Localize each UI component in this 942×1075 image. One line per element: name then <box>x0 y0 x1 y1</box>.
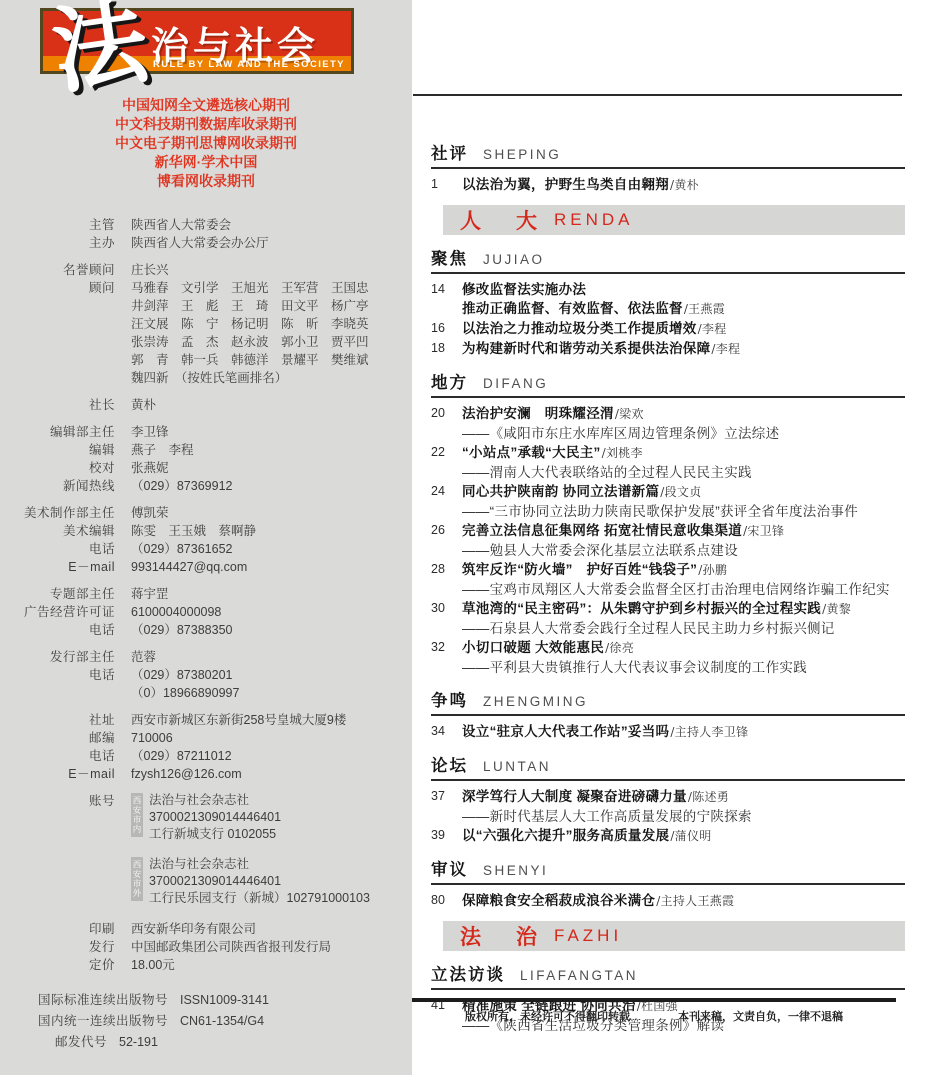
masthead-label: 主办 <box>0 234 115 252</box>
section-title-pinyin: ZHENGMING <box>483 694 588 709</box>
toc-item-author: /徐亮 <box>605 641 634 655</box>
accreditation-line: 新华网·学术中国 <box>0 153 412 172</box>
toc-item-line: ——渭南人大代表联络站的全过程人民民主实践 <box>431 463 905 482</box>
masthead-label: 发行部主任 <box>0 648 115 666</box>
toc-item-line: 18为构建新时代和谐劳动关系提供法治保障/李程 <box>431 339 905 359</box>
section-title-pinyin: SHEPING <box>483 147 561 162</box>
toc-item-title: ——新时代基层人大工作高质量发展的宁陕探索 <box>462 807 752 826</box>
masthead-row: 校对张燕妮 <box>0 459 412 477</box>
masthead-label: 顾问 <box>0 279 115 297</box>
masthead-value: 张崇涛 孟 杰 赵永波 郭小卫 贾平凹 <box>131 333 412 351</box>
masthead-row: 社址西安市新城区东新街258号皇城大厦9楼 <box>0 711 412 729</box>
toc-item-author: /黄黎 <box>822 602 851 616</box>
toc-section-header: 地方DIFANG <box>431 369 905 398</box>
toc-item-title: 为构建新时代和谐劳动关系提供法治保障/李程 <box>462 339 740 359</box>
masthead-label <box>0 351 115 369</box>
toc-section-header: 争鸣ZHENGMING <box>431 687 905 716</box>
masthead-info: 主管陕西省人大常委会主办陕西省人大常委会办公厅名誉顾问庄长兴顾问马雅春 文引学 … <box>0 216 412 974</box>
toc-item-page: 28 <box>431 560 462 580</box>
toc-item-page: 34 <box>431 722 462 742</box>
toc-item-line: ——宝鸡市凤翔区人大常委会监督全区打击治理电信网络诈骗工作纪实 <box>431 580 905 599</box>
band-title-cn: 法 治 <box>460 921 544 951</box>
section-title-pinyin: LIFAFANGTAN <box>520 968 638 983</box>
band-title-pinyin: FAZHI <box>554 926 622 946</box>
spacer <box>0 252 412 261</box>
masthead-label: 专题部主任 <box>0 585 115 603</box>
toc-item-title: ——《咸阳市东庄水库库区周边管理条例》立法综述 <box>462 424 779 443</box>
toc-item-line: 80保障粮食安全稻菽成浪谷米满仓/主持人王燕霞 <box>431 891 905 911</box>
spacer <box>0 576 412 585</box>
masthead-label: 账号 <box>0 792 115 810</box>
toc-item-title: ——宝鸡市凤翔区人大常委会监督全区打击治理电信网络诈骗工作纪实 <box>462 580 890 599</box>
masthead-row: 电话（029）87211012 <box>0 747 412 765</box>
masthead-label: 主管 <box>0 216 115 234</box>
masthead-label: 社址 <box>0 711 115 729</box>
masthead-label: 电话 <box>0 666 115 684</box>
masthead-value: 范蓉 <box>131 648 412 666</box>
bank-lines: 法治与社会杂志社3700021309014446401工行民乐园支行（新城）10… <box>149 856 370 907</box>
masthead-label: E－mail <box>0 765 115 783</box>
toc-item-line: 32小切口破题 大效能惠民/徐亮 <box>431 638 905 658</box>
masthead-value: 井剑萍 王 彪 王 琦 田文平 杨广亭 <box>131 297 412 315</box>
masthead-label <box>0 684 115 702</box>
toc-item-title: 筑牢反诈“防火墙” 护好百姓“钱袋子”/孙鹏 <box>462 560 727 580</box>
masthead-row: 编辑部主任李卫锋 <box>0 423 412 441</box>
masthead-label: 电话 <box>0 747 115 765</box>
issn-label: 国际标准连续出版物号 <box>0 990 168 1011</box>
toc-item-line: ——石泉县人大常委会践行全过程人民民主助力乡村振兴侧记 <box>431 619 905 638</box>
masthead-row: 电话（029）87361652 <box>0 540 412 558</box>
masthead-value: 庄长兴 <box>131 261 412 279</box>
masthead-label: 广告经营许可证 <box>0 603 115 621</box>
masthead-value: 18.00元 <box>131 956 412 974</box>
masthead-row: 专题部主任蒋宇罡 <box>0 585 412 603</box>
bank-account-block: 账号西安市内法治与社会杂志社3700021309014446401工行新城支行 … <box>0 792 412 920</box>
toc-item-author: /段文贞 <box>660 485 701 499</box>
toc-item-title: 保障粮食安全稻菽成浪谷米满仓/主持人王燕霞 <box>462 891 734 911</box>
toc-item-line: 39以“六强化六提升”服务高质量发展/蒲仪明 <box>431 826 905 846</box>
masthead-value: （029）87369912 <box>131 477 412 495</box>
masthead-value: 蒋宇罡 <box>131 585 412 603</box>
toc-item-line: 推动正确监督、有效监督、依法监督/王燕霞 <box>431 299 905 319</box>
toc-section-header: 审议SHENYI <box>431 856 905 885</box>
issn-block: 国际标准连续出版物号ISSN1009-3141国内统一连续出版物号CN61-13… <box>0 990 412 1053</box>
toc-item-line: 28筑牢反诈“防火墙” 护好百姓“钱袋子”/孙鹏 <box>431 560 905 580</box>
masthead-label <box>0 315 115 333</box>
bank-accounts: 西安市内法治与社会杂志社3700021309014446401工行新城支行 01… <box>131 792 412 920</box>
masthead-label: 编辑 <box>0 441 115 459</box>
toc-item-page: 37 <box>431 787 462 807</box>
toc-item-line: ——勉县人大常委会深化基层立法联系点建设 <box>431 541 905 560</box>
table-of-contents: 社评SHEPING1以法治为翼，护野生鸟类自由翱翔/黄朴人 大RENDA聚焦JU… <box>431 136 905 1035</box>
toc-item-author: /主持人李卫锋 <box>670 725 748 739</box>
toc-section-header: 聚焦JUJIAO <box>431 245 905 274</box>
masthead-row: 美术制作部主任傅凯荣 <box>0 504 412 522</box>
masthead-value: 陕西省人大常委会办公厅 <box>131 234 412 252</box>
issn-row: 国际标准连续出版物号ISSN1009-3141 <box>0 990 412 1011</box>
toc-item-title: 设立“驻京人大代表工作站”妥当吗/主持人李卫锋 <box>462 722 748 742</box>
masthead-row: 电话（029）87380201 <box>0 666 412 684</box>
toc-item-page <box>431 424 462 443</box>
toc-item-title: 法治护安澜 明珠耀泾渭/梁欢 <box>462 404 644 424</box>
masthead-row: E－mailfzysh126@126.com <box>0 765 412 783</box>
bank-line: 法治与社会杂志社 <box>149 792 281 809</box>
toc-item-title: 以法治为翼，护野生鸟类自由翱翔/黄朴 <box>462 175 699 195</box>
section-title-cn: 立法访谈 <box>431 961 505 985</box>
masthead-value: 傅凯荣 <box>131 504 412 522</box>
toc-item-page <box>431 463 462 482</box>
toc-item-title: 深学笃行人大制度 凝聚奋进磅礴力量/陈述勇 <box>462 787 729 807</box>
logo-tagline: RULE BY LAW AND THE SOCIETY <box>153 59 345 70</box>
masthead-label: 美术制作部主任 <box>0 504 115 522</box>
issn-row: 国内统一连续出版物号CN61-1354/G4 <box>0 1011 412 1032</box>
section-title-cn: 争鸣 <box>431 687 468 711</box>
masthead-row: 社长黄朴 <box>0 396 412 414</box>
top-rule <box>413 94 902 96</box>
section-band: 人 大RENDA <box>443 205 905 235</box>
masthead-label <box>0 297 115 315</box>
toc-item-page: 32 <box>431 638 462 658</box>
accreditation-line: 中文科技期刊数据库收录期刊 <box>0 115 412 134</box>
issn-label: 邮发代号 <box>0 1032 107 1053</box>
masthead-label: 美术编辑 <box>0 522 115 540</box>
issn-value: 52-191 <box>119 1032 412 1053</box>
toc-item-author: /孙鹏 <box>698 563 727 577</box>
accreditation-list: 中国知网全文遴选核心期刊中文科技期刊数据库收录期刊中文电子期刊思博网收录期刊新华… <box>0 96 412 191</box>
toc-item-title: 修改监督法实施办法 <box>462 280 586 299</box>
toc-item-page <box>431 658 462 677</box>
toc-item-author: /李程 <box>698 322 727 336</box>
toc-item-line: 1以法治为翼，护野生鸟类自由翱翔/黄朴 <box>431 175 905 195</box>
masthead-row: 汪文展 陈 宁 杨记明 陈 昕 李晓英 <box>0 315 412 333</box>
masthead-label: 发行 <box>0 938 115 956</box>
masthead-value: 燕子 李程 <box>131 441 412 459</box>
masthead-label: 社长 <box>0 396 115 414</box>
toc-item-page: 30 <box>431 599 462 619</box>
masthead-value: （029）87211012 <box>131 747 412 765</box>
issn-row: 邮发代号52-191 <box>0 1032 412 1053</box>
toc-item-title: ——石泉县人大常委会践行全过程人民民主助力乡村振兴侧记 <box>462 619 835 638</box>
accreditation-line: 中文电子期刊思博网收录期刊 <box>0 134 412 153</box>
masthead-row: 印刷西安新华印务有限公司 <box>0 920 412 938</box>
masthead-label: 新闻热线 <box>0 477 115 495</box>
toc-item-page <box>431 619 462 638</box>
toc-item-author: /蒲仪明 <box>670 829 711 843</box>
copyright-notice: 版权所有，未经许可不得翻印转载 <box>465 1008 630 1024</box>
issn-value: ISSN1009-3141 <box>180 990 412 1011</box>
logo-brush-character: 法 <box>46 0 153 103</box>
toc-item-line: 20法治护安澜 明珠耀泾渭/梁欢 <box>431 404 905 424</box>
band-title-cn: 人 大 <box>460 205 544 235</box>
masthead-row: 郭 青 韩一兵 韩德洋 景耀平 樊维斌 <box>0 351 412 369</box>
toc-item-title: 草池湾的“民主密码”：从朱鹮守护到乡村振兴的全过程实践/黄黎 <box>462 599 851 619</box>
toc-item-page: 1 <box>431 175 462 195</box>
toc-item-author: /陈述勇 <box>688 790 729 804</box>
toc-item-page: 80 <box>431 891 462 911</box>
masthead-row: 编辑燕子 李程 <box>0 441 412 459</box>
section-title-pinyin: DIFANG <box>483 376 548 391</box>
bank-account: 西安市内法治与社会杂志社3700021309014446401工行新城支行 01… <box>131 792 412 843</box>
toc-item-title: 以法治之力推动垃圾分类工作提质增效/李程 <box>462 319 727 339</box>
toc-item-author: /李程 <box>711 342 740 356</box>
toc-section-header: 论坛LUNTAN <box>431 752 905 781</box>
masthead-row: 发行部主任范蓉 <box>0 648 412 666</box>
masthead-row: 定价18.00元 <box>0 956 412 974</box>
bank-account: 西安市外法治与社会杂志社3700021309014446401工行民乐园支行（新… <box>131 856 412 907</box>
masthead-value: 郭 青 韩一兵 韩德洋 景耀平 樊维斌 <box>131 351 412 369</box>
masthead-row: 魏四新 （按姓氏笔画排名） <box>0 369 412 387</box>
toc-item-page: 16 <box>431 319 462 339</box>
section-title-cn: 审议 <box>431 856 468 880</box>
masthead-value: 710006 <box>131 729 412 747</box>
toc-item-line: 34设立“驻京人大代表工作站”妥当吗/主持人李卫锋 <box>431 722 905 742</box>
toc-item-author: /宋卫锋 <box>743 524 784 538</box>
masthead-row: 美术编辑陈雯 王玉娥 蔡啊静 <box>0 522 412 540</box>
masthead-value: （029）87388350 <box>131 621 412 639</box>
toc-item-author: /王燕霞 <box>684 302 725 316</box>
spacer <box>0 414 412 423</box>
bank-line: 法治与社会杂志社 <box>149 856 370 873</box>
masthead-row: 主办陕西省人大常委会办公厅 <box>0 234 412 252</box>
toc-item-title: 完善立法信息征集网络 拓宽社情民意收集渠道/宋卫锋 <box>462 521 784 541</box>
bank-line: 工行新城支行 0102055 <box>149 826 281 843</box>
masthead-value: 魏四新 （按姓氏笔画排名） <box>131 369 412 387</box>
toc-item-line: 16以法治之力推动垃圾分类工作提质增效/李程 <box>431 319 905 339</box>
toc-item-author: /主持人王燕霞 <box>656 894 734 908</box>
toc-item-line: 26完善立法信息征集网络 拓宽社情民意收集渠道/宋卫锋 <box>431 521 905 541</box>
toc-item-page: 20 <box>431 404 462 424</box>
toc-item-line: ——“三市协同立法助力陕南民歌保护发展”获评全省年度法治事件 <box>431 502 905 521</box>
toc-item-page: 18 <box>431 339 462 359</box>
toc-item-page <box>431 580 462 599</box>
toc-item-title: ——勉县人大常委会深化基层立法联系点建设 <box>462 541 738 560</box>
masthead-label: E－mail <box>0 558 115 576</box>
toc-item-page: 22 <box>431 443 462 463</box>
bank-lines: 法治与社会杂志社3700021309014446401工行新城支行 010205… <box>149 792 281 843</box>
spacer <box>0 702 412 711</box>
toc-item-title: ——“三市协同立法助力陕南民歌保护发展”获评全省年度法治事件 <box>462 502 858 521</box>
toc-section-header: 立法访谈LIFAFANGTAN <box>431 961 905 990</box>
magazine-logo: 治与社会 RULE BY LAW AND THE SOCIETY 法 <box>40 8 354 74</box>
masthead-label: 编辑部主任 <box>0 423 115 441</box>
masthead-row: 电话（029）87388350 <box>0 621 412 639</box>
masthead-value: 李卫锋 <box>131 423 412 441</box>
bank-region-tag: 西安市外 <box>131 857 143 901</box>
masthead-label: 名誉顾问 <box>0 261 115 279</box>
section-band: 法 治FAZHI <box>443 921 905 951</box>
masthead-panel: 治与社会 RULE BY LAW AND THE SOCIETY 法 中国知网全… <box>0 0 412 1075</box>
masthead-value: 黄朴 <box>131 396 412 414</box>
bottom-rule <box>412 998 896 1002</box>
section-title-cn: 地方 <box>431 369 468 393</box>
masthead-value: （029）87380201 <box>131 666 412 684</box>
spacer <box>0 387 412 396</box>
toc-item-page <box>431 807 462 826</box>
toc-item-title: 推动正确监督、有效监督、依法监督/王燕霞 <box>462 299 725 319</box>
toc-item-line: 14修改监督法实施办法 <box>431 280 905 299</box>
masthead-value: （0）18966890997 <box>131 684 412 702</box>
toc-item-author: /黄朴 <box>670 178 699 192</box>
staff-rows: 主管陕西省人大常委会主办陕西省人大常委会办公厅名誉顾问庄长兴顾问马雅春 文引学 … <box>0 216 412 792</box>
toc-item-page: 24 <box>431 482 462 502</box>
bank-accounts-row: 账号西安市内法治与社会杂志社3700021309014446401工行新城支行 … <box>0 792 412 920</box>
masthead-row: 名誉顾问庄长兴 <box>0 261 412 279</box>
toc-item-page <box>431 502 462 521</box>
toc-panel: 社评SHEPING1以法治为翼，护野生鸟类自由翱翔/黄朴人 大RENDA聚焦JU… <box>412 0 942 1075</box>
masthead-row: （0）18966890997 <box>0 684 412 702</box>
masthead-label <box>0 333 115 351</box>
masthead-value: 张燕妮 <box>131 459 412 477</box>
footer-notices: 版权所有，未经许可不得翻印转载 本刊来稿，文责自负，一律不退稿 <box>465 1008 843 1024</box>
section-title-cn: 论坛 <box>431 752 468 776</box>
issn-label: 国内统一连续出版物号 <box>0 1011 168 1032</box>
masthead-row: 新闻热线（029）87369912 <box>0 477 412 495</box>
accreditation-line: 博看网收录期刊 <box>0 172 412 191</box>
toc-item-line: 22“小站点”承载“大民主”/刘桃李 <box>431 443 905 463</box>
issn-value: CN61-1354/G4 <box>180 1011 412 1032</box>
masthead-value: 6100004000098 <box>131 603 412 621</box>
spacer <box>0 639 412 648</box>
masthead-label: 电话 <box>0 621 115 639</box>
masthead-row: 发行中国邮政集团公司陕西省报刊发行局 <box>0 938 412 956</box>
toc-item-line: 24同心共护陕南韵 协同立法谱新篇/段文贞 <box>431 482 905 502</box>
publishing-rows: 印刷西安新华印务有限公司发行中国邮政集团公司陕西省报刊发行局定价18.00元 <box>0 920 412 974</box>
masthead-value: fzysh126@126.com <box>131 765 412 783</box>
toc-item-line: ——《咸阳市东庄水库库区周边管理条例》立法综述 <box>431 424 905 443</box>
toc-item-line: 37深学笃行人大制度 凝聚奋进磅礴力量/陈述勇 <box>431 787 905 807</box>
masthead-value: 中国邮政集团公司陕西省报刊发行局 <box>131 938 412 956</box>
masthead-value: 陕西省人大常委会 <box>131 216 412 234</box>
section-title-pinyin: SHENYI <box>483 863 548 878</box>
masthead-row: 邮编710006 <box>0 729 412 747</box>
toc-item-page <box>431 1016 462 1035</box>
section-title-pinyin: JUJIAO <box>483 252 545 267</box>
bank-line: 3700021309014446401 <box>149 873 370 890</box>
toc-item-title: ——渭南人大代表联络站的全过程人民民主实践 <box>462 463 752 482</box>
toc-item-page <box>431 541 462 560</box>
masthead-label: 邮编 <box>0 729 115 747</box>
masthead-value: 汪文展 陈 宁 杨记明 陈 昕 李晓英 <box>131 315 412 333</box>
toc-item-page: 14 <box>431 280 462 299</box>
masthead-label: 定价 <box>0 956 115 974</box>
bank-line: 3700021309014446401 <box>149 809 281 826</box>
bank-line: 工行民乐园支行（新城）102791000103 <box>149 890 370 907</box>
toc-item-line: ——平利县大贵镇推行人大代表议事会议制度的工作实践 <box>431 658 905 677</box>
masthead-row: 广告经营许可证6100004000098 <box>0 603 412 621</box>
masthead-value: 西安市新城区东新街258号皇城大厦9楼 <box>131 711 412 729</box>
toc-item-author: /刘桃李 <box>602 446 643 460</box>
toc-item-title: “小站点”承载“大民主”/刘桃李 <box>462 443 643 463</box>
section-title-pinyin: LUNTAN <box>483 759 551 774</box>
section-title-cn: 社评 <box>431 140 468 164</box>
submission-notice: 本刊来稿，文责自负，一律不退稿 <box>678 1008 843 1024</box>
toc-item-line: ——新时代基层人大工作高质量发展的宁陕探索 <box>431 807 905 826</box>
toc-item-title: 以“六强化六提升”服务高质量发展/蒲仪明 <box>462 826 712 846</box>
masthead-row: 顾问马雅春 文引学 王旭光 王军营 王国忠 <box>0 279 412 297</box>
toc-item-author: /梁欢 <box>615 407 644 421</box>
masthead-label <box>0 369 115 387</box>
spacer <box>0 495 412 504</box>
masthead-row: 井剑萍 王 彪 王 琦 田文平 杨广亭 <box>0 297 412 315</box>
bank-region-tag: 西安市内 <box>131 793 143 837</box>
band-title-pinyin: RENDA <box>554 210 634 230</box>
section-title-cn: 聚焦 <box>431 245 468 269</box>
toc-item-line: 30草池湾的“民主密码”：从朱鹮守护到乡村振兴的全过程实践/黄黎 <box>431 599 905 619</box>
masthead-row: E－mail993144427@qq.com <box>0 558 412 576</box>
masthead-value: 陈雯 王玉娥 蔡啊静 <box>131 522 412 540</box>
masthead-row: 主管陕西省人大常委会 <box>0 216 412 234</box>
toc-item-title: 小切口破题 大效能惠民/徐亮 <box>462 638 634 658</box>
masthead-label: 校对 <box>0 459 115 477</box>
toc-item-page: 39 <box>431 826 462 846</box>
masthead-value: 993144427@qq.com <box>131 558 412 576</box>
toc-item-title: 同心共护陕南韵 协同立法谱新篇/段文贞 <box>462 482 702 502</box>
masthead-value: 马雅春 文引学 王旭光 王军营 王国忠 <box>131 279 412 297</box>
masthead-value: 西安新华印务有限公司 <box>131 920 412 938</box>
masthead-row: 张崇涛 孟 杰 赵永波 郭小卫 贾平凹 <box>0 333 412 351</box>
masthead-value: （029）87361652 <box>131 540 412 558</box>
toc-item-page: 26 <box>431 521 462 541</box>
toc-section-header: 社评SHEPING <box>431 140 905 169</box>
toc-item-title: ——平利县大贵镇推行人大代表议事会议制度的工作实践 <box>462 658 807 677</box>
masthead-label: 印刷 <box>0 920 115 938</box>
toc-item-page <box>431 299 462 319</box>
masthead-label: 电话 <box>0 540 115 558</box>
spacer <box>0 783 412 792</box>
